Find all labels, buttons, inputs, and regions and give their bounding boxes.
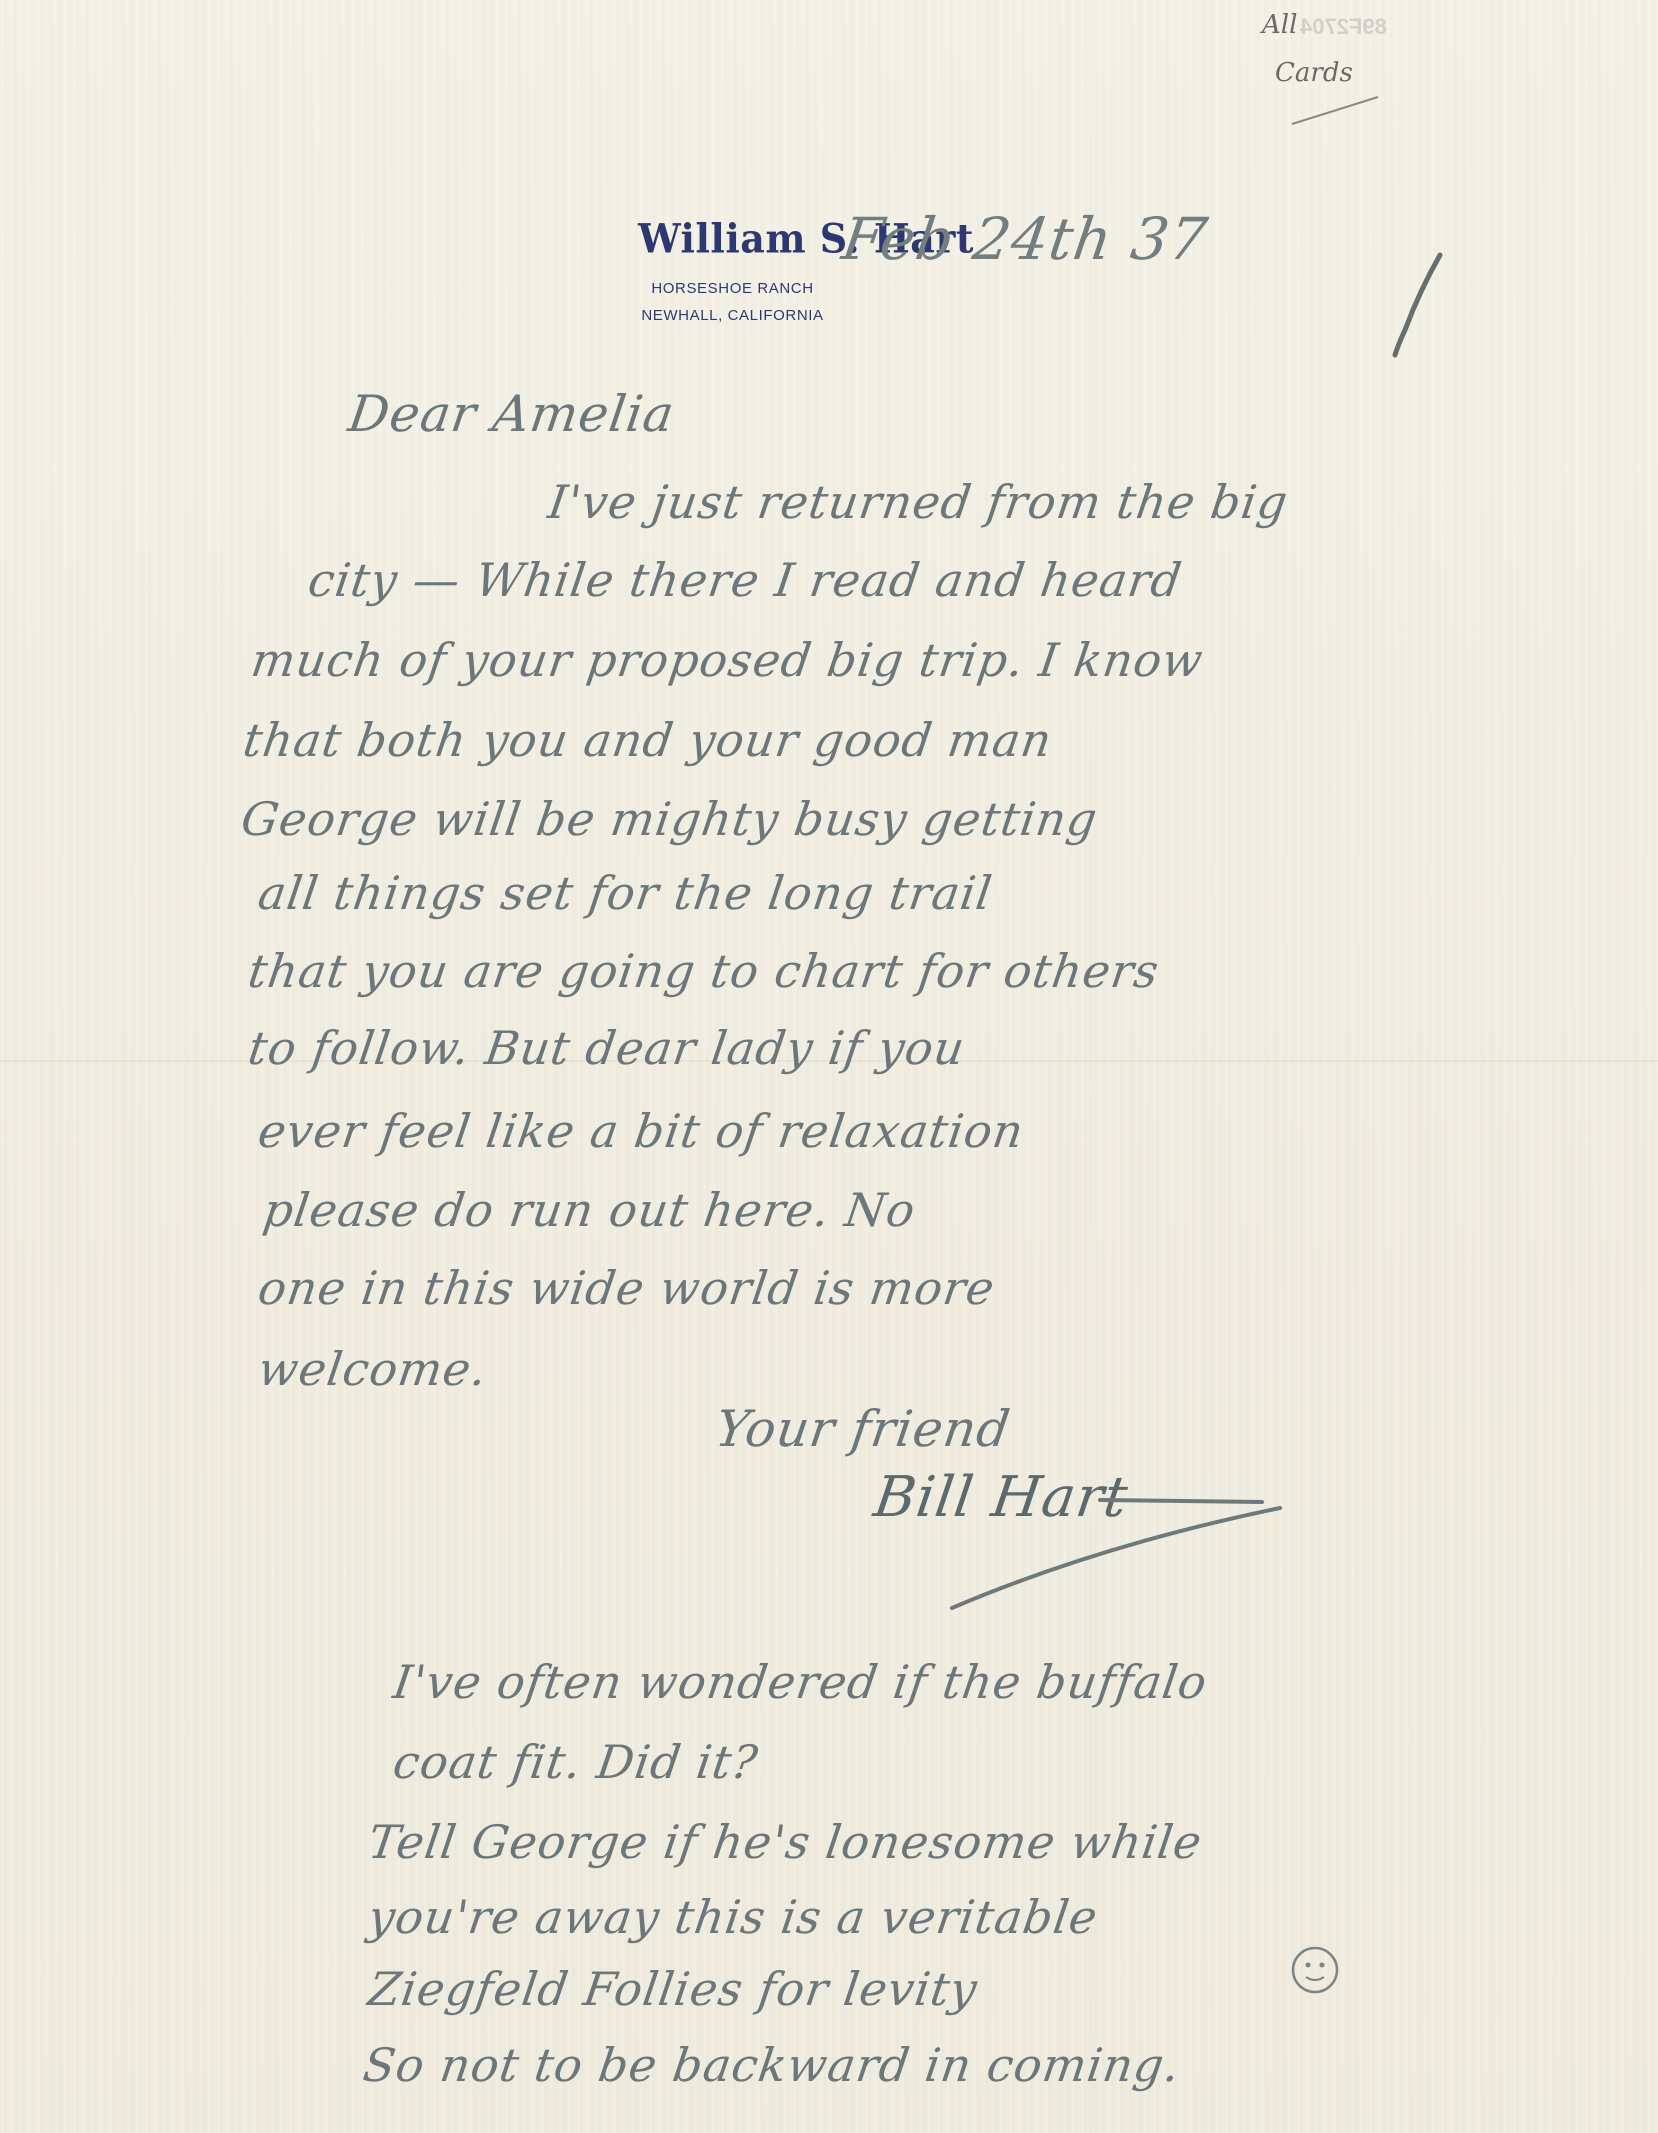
postscript-line: Ziegfeld Follies for levity <box>365 1962 981 2016</box>
postscript-line: you're away this is a veritable <box>365 1890 1101 1944</box>
postscript-line: So not to be backward in coming. <box>360 2038 1184 2092</box>
postscript-line: I've often wondered if the buffalo <box>390 1655 1211 1709</box>
postscript-line: coat fit. Did it? <box>390 1735 762 1789</box>
smiley-mouth-icon <box>1306 1977 1324 1980</box>
smiley-face-icon <box>1293 1948 1337 1992</box>
smiley-eye-icon <box>1306 1963 1311 1968</box>
signature-flourish-layer <box>0 0 1658 2133</box>
pencil-underline <box>1292 97 1378 124</box>
postscript-line: Tell George if he's lonesome while <box>365 1815 1206 1869</box>
date-flourish <box>1395 255 1440 355</box>
smiley-eye-icon <box>1320 1963 1325 1968</box>
signature-flourish <box>952 1508 1280 1608</box>
signature-underline <box>1100 1500 1262 1502</box>
